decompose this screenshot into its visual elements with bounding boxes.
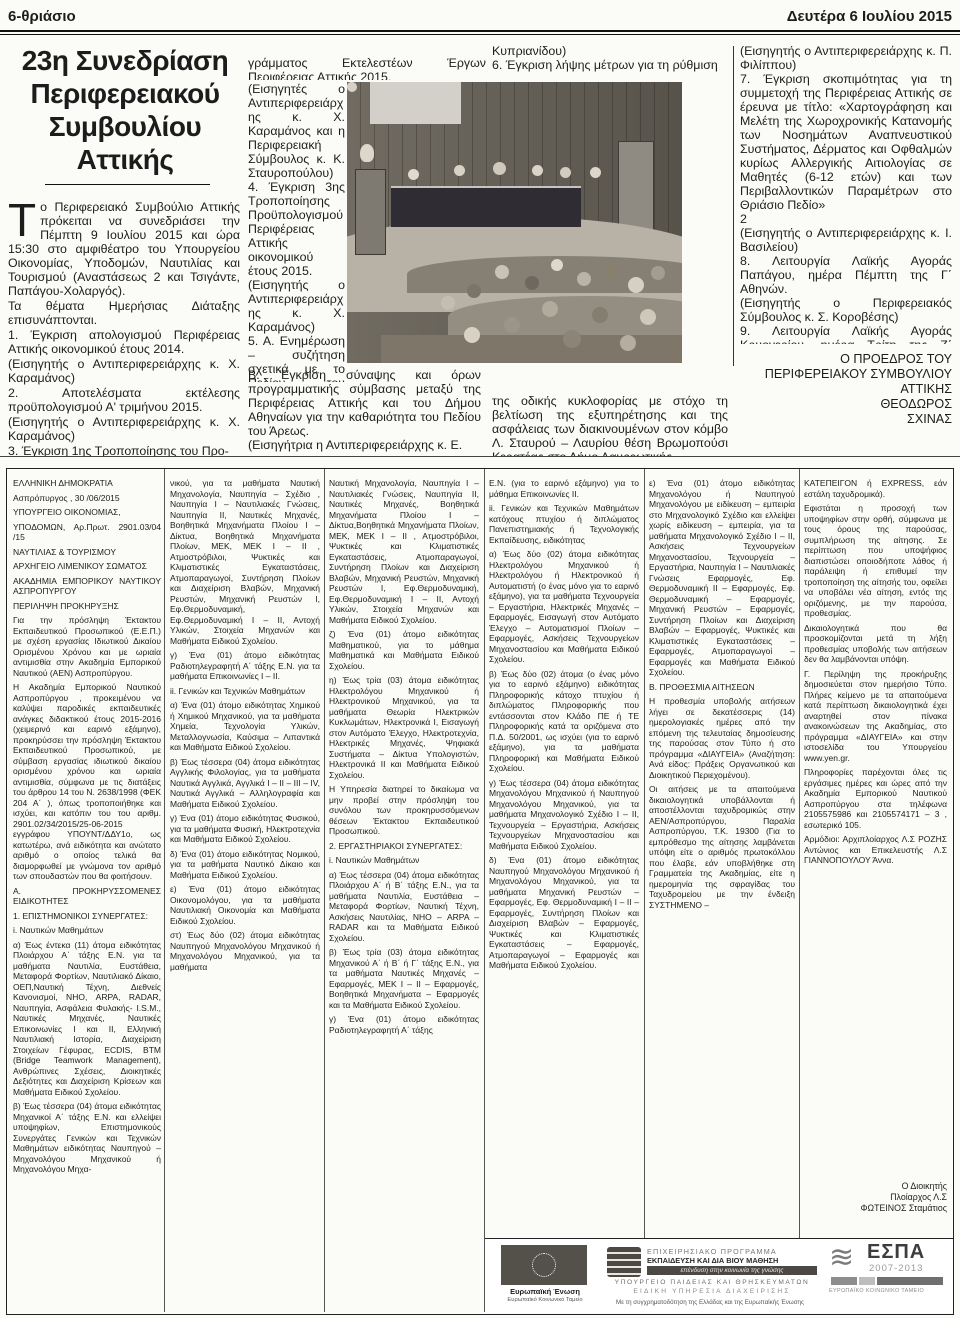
signature-line: ΣΧΙΝΑΣ	[740, 412, 952, 427]
article-headline: 23η Συνεδρίαση Περιφερειακού Συμβουλίου …	[10, 44, 240, 176]
article-paragraph: (Εισηγητής ο Αντιπεριφερειάρχης κ. Ι. Βα…	[740, 226, 952, 254]
notice-column-4: Ε.Ν. (για το εαρινό εξάμηνο) για το μάθη…	[489, 478, 639, 1236]
paragraph: ΚΑΤΕΠΕΙΓΟΝ ή EXPRESS, εάν εστάλη ταχυδρο…	[804, 478, 947, 499]
recruitment-notice: ΕΛΛΗΝΙΚΗ ΔΗΜΟΚΡΑΤΙΑΑσπρόπυργος , 30 /06/…	[6, 468, 954, 1315]
photo-panel-table	[391, 186, 582, 227]
signature-line: ΑΤΤΙΚΗΣ	[740, 382, 952, 397]
operational-programme-icon	[607, 1247, 641, 1277]
paragraph: Β. ΠΡΟΘΕΣΜΙΑ ΑΙΤΗΣΕΩΝ	[649, 682, 795, 693]
article-paragraph: (Εισηγητές ο Αντιπεριφερειάρχης κ. Χ. Κα…	[248, 82, 345, 180]
section-divider	[0, 456, 960, 457]
paragraph: Για την πρόσληψη Έκτακτου Εκπαιδευτικού …	[13, 615, 161, 678]
photo-seat-row	[407, 256, 682, 293]
paragraph: i. Ναυτικών Μαθημάτων	[13, 925, 161, 936]
espa-logo-name: ΕΣΠΑ	[867, 1241, 925, 1264]
paragraph: β) Έως τέσσερα (04) άτομα ειδικότητας Μη…	[13, 1101, 161, 1175]
paragraph: Η Ακαδημία Εμπορικού Ναυτικού Ασπροπύργο…	[13, 682, 161, 882]
article-below-photo-left: Β. Έγκριση σύναψης και όρων προγραμματικ…	[248, 368, 481, 456]
espa-logo-years: 2007-2013	[869, 1263, 923, 1274]
paragraph: β) Έως τέσσερα (04) άτομα ειδικότητας Αγ…	[170, 757, 320, 810]
paragraph: ii. Γενικών και Τεχνικών Μαθημάτων	[170, 686, 320, 697]
column-rule	[733, 46, 734, 366]
espa-logo-bar	[831, 1277, 943, 1285]
article-paragraph: γράμματος Εκτελεστέων Έργων Περιφέρειας …	[248, 56, 486, 80]
masthead: 6-θριάσιο	[8, 8, 76, 25]
photo-speaker	[360, 144, 374, 162]
paragraph: δ) Ένα (01) άτομο ειδικότητας Νομικού, γ…	[170, 849, 320, 881]
paragraph: γ) Ένα (01) άτομο ειδικότητας Ραδιοτηλεγ…	[170, 650, 320, 682]
paragraph: ε) Ένα (01) άτομο ειδικότητας Οικονομολό…	[170, 884, 320, 926]
header-rule-thin	[0, 34, 960, 35]
eu-logo-label: Ευρωπαϊκή Ένωση	[495, 1287, 595, 1296]
paragraph: α) Έως τέσσερα (04) άτομα ειδικότητας Πλ…	[329, 870, 479, 944]
op-logo-authority: ΕΙΔΙΚΗ ΥΠΗΡΕΣΙΑ ΔΙΑΧΕΙΡΙΣΗΣ	[597, 1288, 827, 1295]
op-logo-slogan: επένδυση στην κοινωνία της γνώσης	[647, 1266, 817, 1275]
edition-date: Δευτέρα 6 Ιουλίου 2015	[787, 8, 952, 25]
article-paragraph: 6. Έγκριση λήψης μέτρων για τη ρύθμιση	[492, 58, 730, 72]
column-rule	[644, 469, 645, 1238]
signature-line: ΦΩΤΕΙΝΟΣ Σταμάτιος	[804, 1203, 947, 1214]
paragraph: ΕΛΛΗΝΙΚΗ ΔΗΜΟΚΡΑΤΙΑ	[13, 478, 161, 489]
notice-column-1: ΕΛΛΗΝΙΚΗ ΔΗΜΟΚΡΑΤΙΑΑσπρόπυργος , 30 /06/…	[13, 478, 161, 1304]
paragraph: ΑΚΑΔΗΜΙΑ ΕΜΠΟΡΙΚΟΥ ΝΑΥΤΙΚΟΥ ΑΣΠΡΟΠΥΡΓΟΥ	[13, 576, 161, 597]
eu-flag-icon	[501, 1245, 587, 1285]
paragraph: Αρμόδιοι: Αρχιπλοίαρχος Λ.Σ ΡΟΖΗΣ Αντώνι…	[804, 834, 947, 866]
article-paragraph: 1. Έγκριση απολογισμού Περιφέρειας Αττικ…	[8, 328, 240, 356]
paragraph: α) Ένα (01) άτομο ειδικότητας Χημικού ή …	[170, 700, 320, 753]
article-wide-right: Κυπριανίδου)6. Έγκριση λήψης μέτρων για …	[492, 44, 730, 80]
article-intro: Το Περιφερειακό Συμβούλιο Αττικής πρόκει…	[8, 200, 240, 298]
article-paragraph: (Εισηγήτρια η Αντιπεριφερειάρχης κ. Ε.	[248, 438, 481, 452]
paragraph: γ) Έως τέσσερα (04) άτομα ειδικότητας Μη…	[489, 778, 639, 852]
paragraph: ΝΑΥΤΙΛΙΑΣ & ΤΟΥΡΙΣΜΟΥ	[13, 547, 161, 558]
article-paragraph: (Εισηγητής ο Αντιπεριφερειάρχης κ. Π. Φι…	[740, 44, 952, 72]
photo-screen	[370, 82, 460, 124]
paragraph: Ασπρόπυργος , 30 /06/2015	[13, 493, 161, 504]
signature-line: Ο Διοικητής	[804, 1181, 947, 1192]
column-rule	[324, 469, 325, 1312]
article-paragraph: 3. Έγκριση 1ης Τροποποίησης του Προ-	[8, 444, 240, 456]
article-paragraph: (Εισηγητής ο Αντιπεριφερειάρχης κ. Χ. Κα…	[8, 357, 240, 385]
article-paragraph: (Εισηγητής ο Αντιπεριφερειάρχης κ. Χ. Κα…	[8, 415, 240, 443]
article-wide-left: γράμματος Εκτελεστέων Έργων Περιφέρειας …	[248, 44, 486, 80]
photo-podium	[355, 169, 385, 255]
paragraph: α) Έως έντεκα (11) άτομα ειδικότητας Πλο…	[13, 940, 161, 1098]
paragraph: β) Έως δύο (02) άτομα (ο ένας μόνο για τ…	[489, 669, 639, 774]
article-paragraph: (Εισηγητής ο Περιφερειακός Σύμβουλος κ. …	[740, 296, 952, 324]
article-column-2: (Εισηγητές ο Αντιπεριφερειάρχης κ. Χ. Κα…	[248, 82, 345, 382]
article-paragraph: Κυπριανίδου)	[492, 44, 730, 58]
paragraph: 2. ΕΡΓΑΣΤΗΡΙΑΚΟΙ ΣΥΝΕΡΓΑΤΕΣ:	[329, 841, 479, 852]
op-logo-line1: ΕΠΙΧΕΙΡΗΣΙΑΚΟ ΠΡΟΓΡΑΜΜΑ	[647, 1247, 827, 1256]
paragraph: ΥΠΟΥΡΓΕΙΟ ΟΙΚΟΝΟΜΙΑΣ,	[13, 507, 161, 518]
paragraph: Γ. Περίληψη της προκήρυξης δημοσιεύεται …	[804, 669, 947, 764]
signature-line: Πλοίαρχος Λ.Σ	[804, 1192, 947, 1203]
article-paragraph: 2. Αποτελέσματα εκτέλεσης προϋπολογισμού…	[8, 386, 240, 414]
paragraph: α) Έως δύο (02) άτομα ειδικότητας Ηλεκτρ…	[489, 549, 639, 665]
signature-line: ΠΕΡΙΦΕΡΕΙΑΚΟΥ ΣΥΜΒΟΥΛΙΟΥ	[740, 367, 952, 382]
article-paragraph: της οδικής κυκλοφορίας με στόχο τη βελτί…	[492, 394, 728, 456]
funding-logo-band: Ευρωπαϊκή Ένωση Ευρωπαϊκό Κοινωνικό Ταμε…	[485, 1238, 953, 1313]
photo-seat-row	[381, 335, 683, 363]
notice-column-6: ΚΑΤΕΠΕΙΓΟΝ ή EXPRESS, εάν εστάλη ταχυδρο…	[804, 478, 947, 1178]
paragraph: νικού, για τα μαθήματα Ναυτική Μηχανολογ…	[170, 478, 320, 646]
paragraph: ε) Ένα (01) άτομο ειδικότητας Μηχανολόγο…	[649, 478, 795, 678]
paragraph: Πληροφορίες παρέχονται όλες τις εργάσιμε…	[804, 767, 947, 830]
signature-line: Ο ΠΡΟΕΔΡΟΣ ΤΟΥ	[740, 352, 952, 367]
op-logo-line2: ΕΚΠΑΙΔΕΥΣΗ ΚΑΙ ΔΙΑ ΒΙΟΥ ΜΑΘΗΣΗ	[647, 1256, 837, 1265]
article-paragraph: 4. Έγκριση 3ης Τροποποίησης Προϋπολογισμ…	[248, 180, 345, 278]
article-column-right: (Εισηγητής ο Αντιπεριφερειάρχης κ. Π. Φι…	[740, 44, 952, 344]
notice-column-5: ε) Ένα (01) άτομο ειδικότητας Μηχανολόγο…	[649, 478, 795, 1236]
headline-rule	[45, 184, 210, 185]
article-signature: Ο ΠΡΟΕΔΡΟΣ ΤΟΥΠΕΡΙΦΕΡΕΙΑΚΟΥ ΣΥΜΒΟΥΛΙΟΥΑΤ…	[740, 352, 952, 427]
paragraph: ΑΡΧΗΓΕΙΟ ΛΙΜΕΝΙΚΟΥ ΣΩΜΑΤΟΣ	[13, 561, 161, 572]
paragraph: β) Έως τρία (03) άτομα ειδικότητας Μηχαν…	[329, 947, 479, 1010]
article-paragraph: 9. Λειτουργία Λαϊκής Αγοράς Κρυονερίου, …	[740, 324, 952, 344]
column-rule	[799, 469, 800, 1238]
paragraph: ΥΠΟΔΟΜΩΝ, Αρ.Πρωτ. 2901.03/04 /15	[13, 522, 161, 543]
article-column-1: Το Περιφερειακό Συμβούλιο Αττικής πρόκει…	[8, 200, 240, 456]
conference-photo	[347, 82, 682, 363]
article-paragraph: Β. Έγκριση σύναψης και όρων προγραμματικ…	[248, 368, 481, 438]
header-rule-thick	[0, 30, 960, 32]
paragraph: Η Υπηρεσία διατηρεί το δικαίωμα να μην π…	[329, 784, 479, 837]
op-logo-ministry: ΥΠΟΥΡΓΕΙΟ ΠΑΙΔΕΙΑΣ ΚΑΙ ΘΡΗΣΚΕΥΜΑΤΩΝ	[597, 1279, 827, 1286]
paragraph: η) Έως τρία (03) άτομα ειδικότητας Ηλεκτ…	[329, 675, 479, 780]
paragraph: Ναυτική Μηχανολογία, Ναυπηγία Ι – Ναυτιλ…	[329, 478, 479, 625]
paragraph: Η προθεσμία υποβολής αιτήσεων λήγει σε δ…	[649, 696, 795, 780]
article-below-photo-right: της οδικής κυκλοφορίας με στόχο τη βελτί…	[492, 382, 728, 456]
article-paragraph: (Εισηγητής ο Αντιπεριφερειάρχης κ. Χ. Κα…	[248, 278, 345, 334]
paragraph: ΠΕΡΙΛΗΨΗ ΠΡΟΚΗΡΥΞΗΣ	[13, 601, 161, 612]
notice-column-2: νικού, για τα μαθήματα Ναυτική Μηχανολογ…	[170, 478, 320, 1304]
article-paragraph: 8. Λειτουργία Λαϊκής Αγοράς Παπάγου, ημέ…	[740, 254, 952, 296]
paragraph: Οι αιτήσεις με τα απαιτούμενα δικαιολογη…	[649, 784, 795, 910]
drop-cap: Τ	[8, 200, 40, 239]
espa-logo-sublabel: ΕΥΡΩΠΑΪΚΟ ΚΟΙΝΩΝΙΚΟ ΤΑΜΕΙΟ	[829, 1288, 947, 1294]
eu-stars-icon	[532, 1253, 556, 1277]
notice-signature: Ο ΔιοικητήςΠλοίαρχος Λ.ΣΦΩΤΕΙΝΟΣ Σταμάτι…	[804, 1181, 947, 1214]
paragraph: Δικαιολογητικά που θα προσκομίζονται μετ…	[804, 623, 947, 665]
paragraph: Ε.Ν. (για το εαρινό εξάμηνο) για το μάθη…	[489, 478, 639, 499]
paragraph: γ) Ένα (01) άτομο ειδικότητας Ραδιοτηλεγ…	[329, 1014, 479, 1035]
paragraph: Α. ΠΡΟΚΗΡΥΣΣΟΜΕΝΕΣ ΕΙΔΙΚΟΤΗΤΕΣ	[13, 886, 161, 907]
paragraph: i. Ναυτικών Μαθημάτων	[329, 855, 479, 866]
article-paragraph: 2	[740, 212, 952, 226]
paragraph: ii. Γενικών και Τεχνικών Μαθημάτων κατόχ…	[489, 503, 639, 545]
op-logo-cofunding: Με τη συγχρηματοδότηση της Ελλάδας και τ…	[585, 1299, 835, 1306]
column-rule	[484, 469, 485, 1312]
article-paragraph: Τα θέματα Ημερήσιας Διάταξης επισυνάπτον…	[8, 299, 240, 327]
paragraph: 1. ΕΠΙΣΤΗΜΟΝΙΚΟΙ ΣΥΝΕΡΓΑΤΕΣ:	[13, 911, 161, 922]
paragraph: Εφιστάται η προσοχή των υποψηφίων στην ο…	[804, 503, 947, 619]
paragraph: δ) Ένα (01) άτομο ειδικότητας Ναυπηγού Μ…	[489, 855, 639, 971]
paragraph: στ) Έως δύο (02) άτομα ειδικότητας Ναυπη…	[170, 930, 320, 972]
espa-waves-icon: ≋	[829, 1243, 854, 1273]
eu-logo-sublabel: Ευρωπαϊκό Κοινωνικό Ταμείο	[495, 1297, 595, 1303]
paragraph: ζ) Ένα (01) άτομο ειδικότητας Μαθηματικο…	[329, 629, 479, 671]
notice-column-3: Ναυτική Μηχανολογία, Ναυπηγία Ι – Ναυτιλ…	[329, 478, 479, 1304]
photo-audience	[347, 82, 357, 92]
article-paragraph: 7. Έγκριση σκοπιμότητας για τη συμμετοχή…	[740, 72, 952, 212]
paragraph: γ) Ένα (01) άτομο ειδικότητας Φυσικού, γ…	[170, 813, 320, 845]
column-rule	[164, 469, 165, 1312]
signature-line: ΘΕΟΔΩΡΟΣ	[740, 397, 952, 412]
